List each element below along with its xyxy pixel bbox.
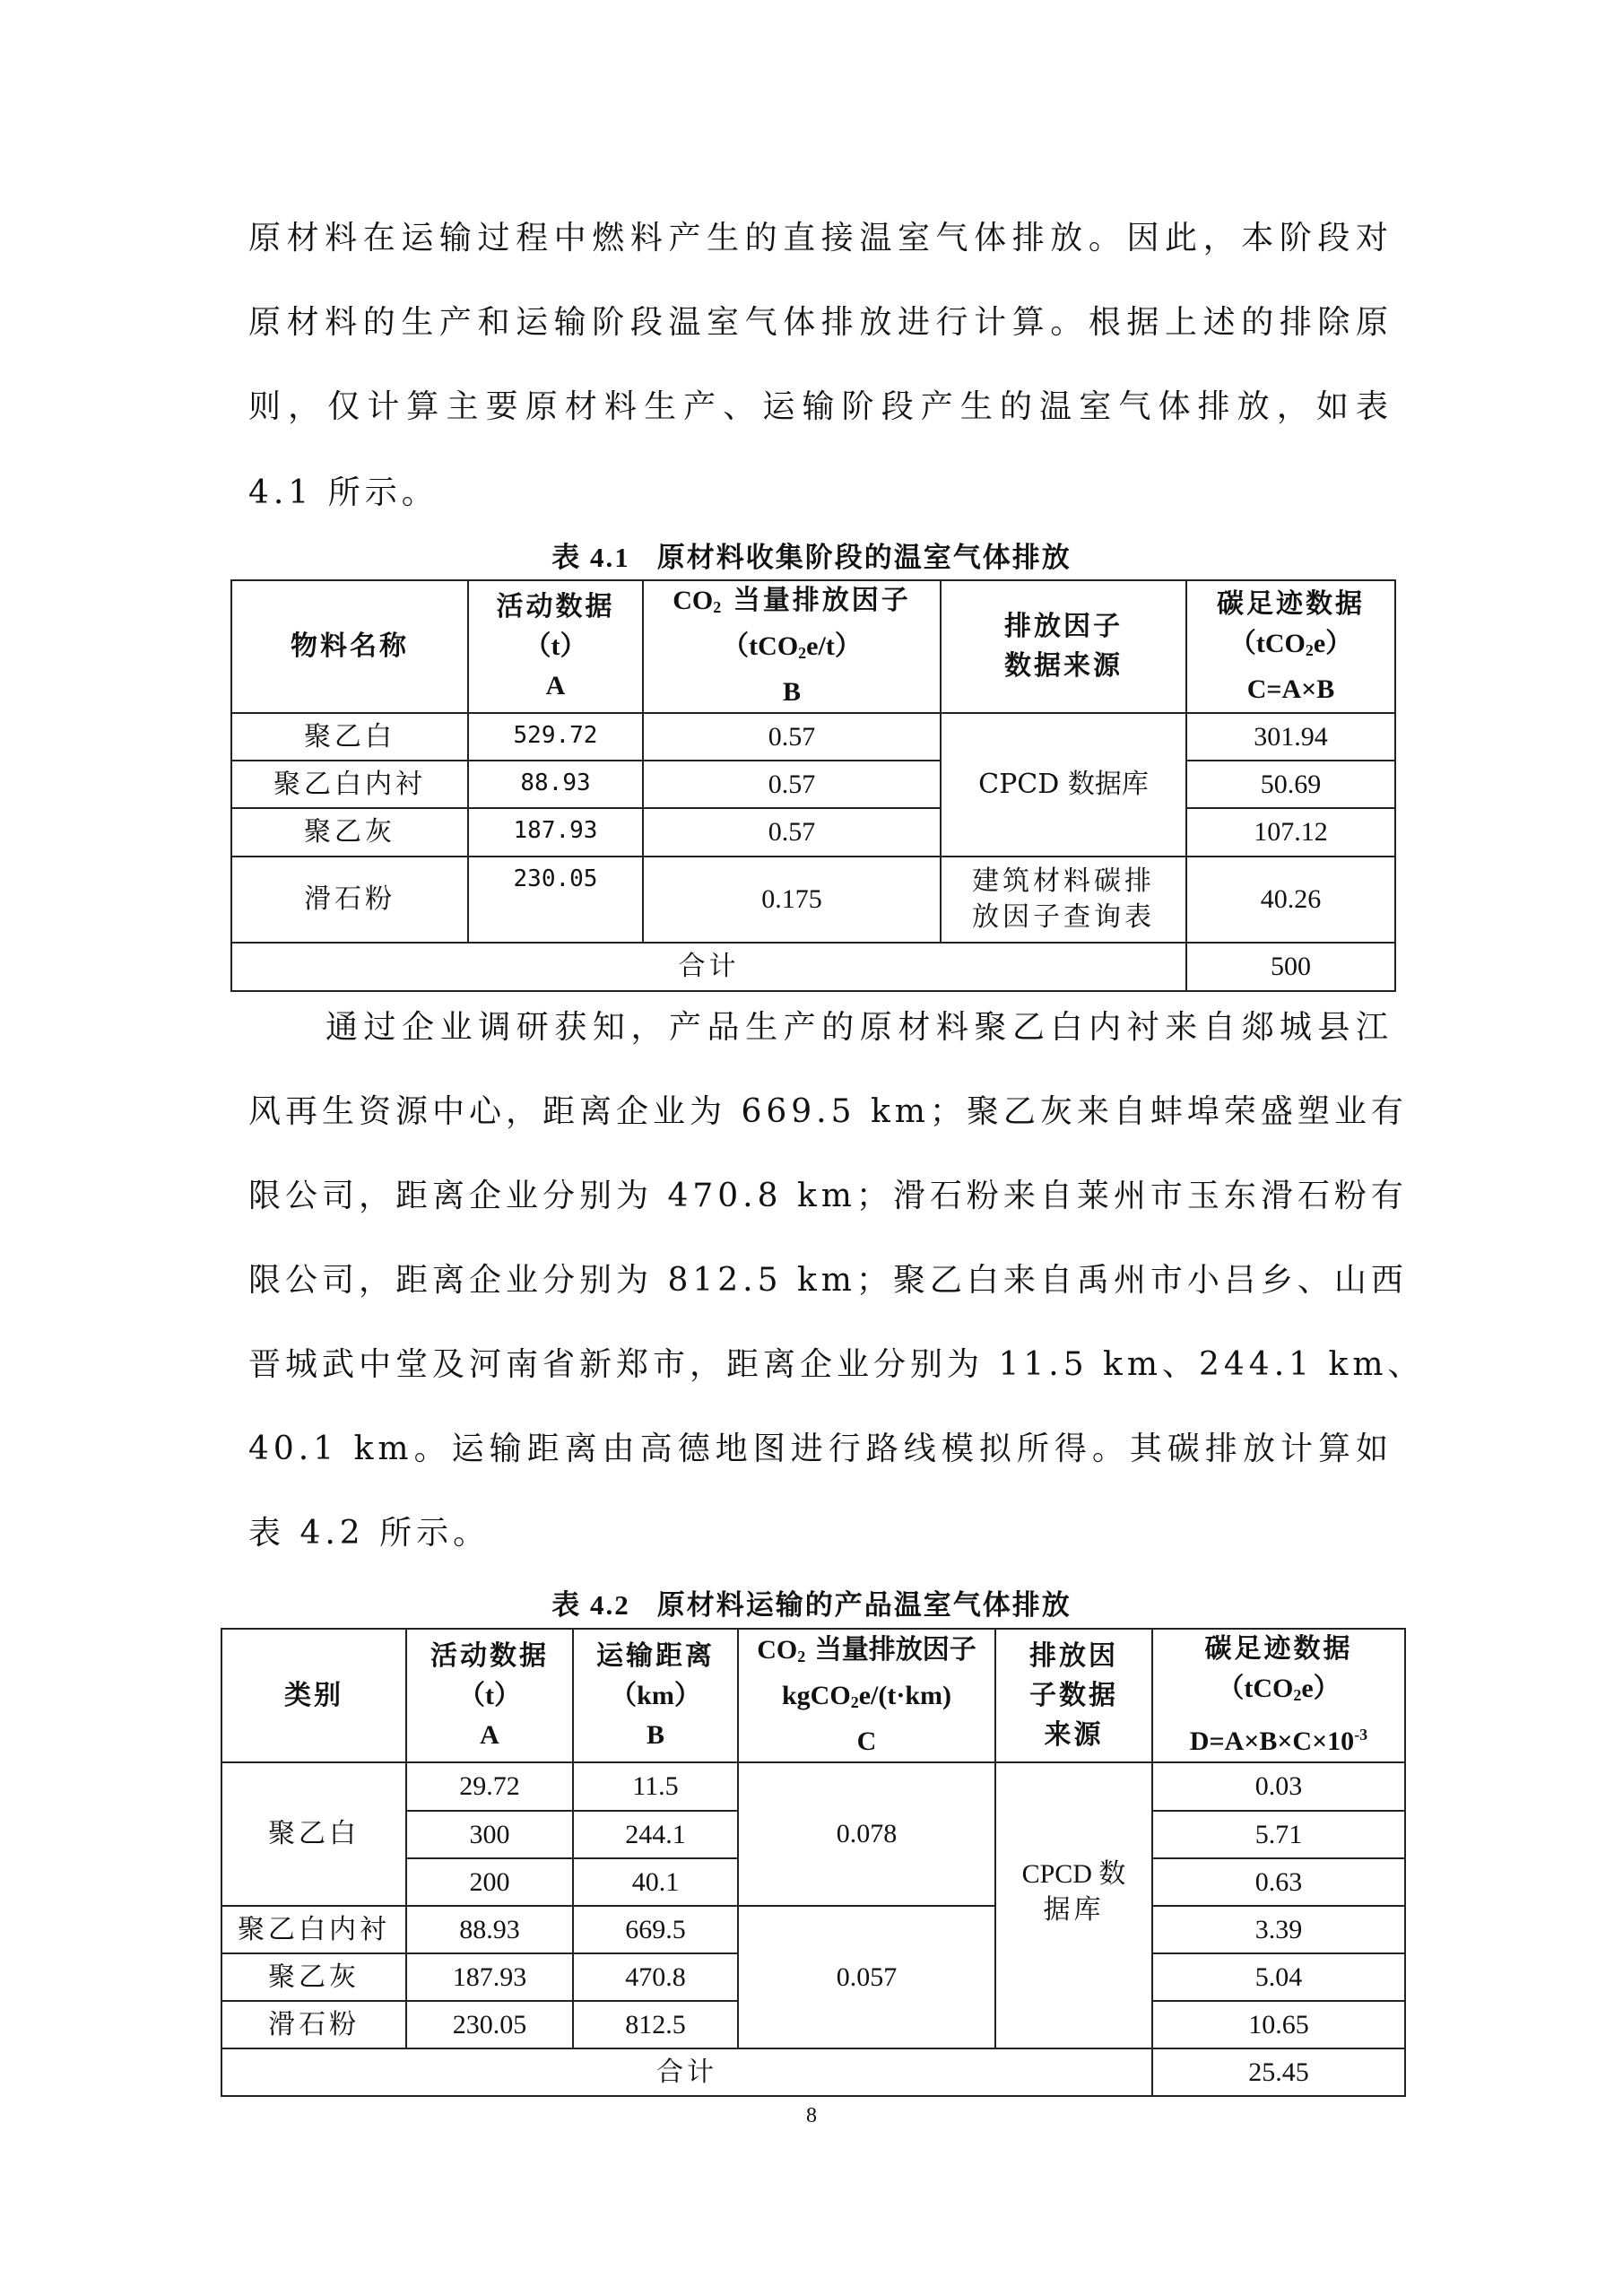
- cell-footprint: 0.63: [1152, 1858, 1405, 1906]
- table-row: 滑石粉 230.05 0.175 建筑材料碳排 放因子查询表 40.26: [231, 857, 1395, 943]
- cell-material: 聚乙白内衬: [231, 761, 468, 808]
- caption-number: 表 4.2: [551, 1589, 630, 1621]
- table-total-row: 合计 25.45: [221, 2048, 1405, 2096]
- page-number: 8: [0, 2104, 1623, 2128]
- table-4-2-caption: 表 4.2原材料运输的产品温室气体排放: [0, 1589, 1623, 1622]
- table-4-1-caption: 表 4.1原材料收集阶段的温室气体排放: [0, 542, 1623, 574]
- paragraph-line: 4.1 所示。: [248, 474, 1393, 513]
- paragraph-line: 通过企业调研获知，产品生产的原材料聚乙白内衬来自郯城县江: [325, 1008, 1393, 1048]
- cell-total-value: 500: [1186, 943, 1395, 991]
- table-4-2: 类别 活动数据 （t） A 运输距离 （km） B CO2 当量排放因子 kgC…: [221, 1628, 1406, 2097]
- cell-footprint: 0.03: [1152, 1762, 1405, 1811]
- header-factor-source: 排放因子 数据来源: [941, 580, 1186, 713]
- cell-distance: 470.8: [573, 1953, 738, 2001]
- cell-total-label: 合计: [231, 943, 1186, 991]
- header-emission-factor: CO2 当量排放因子 kgCO2e/(t·km) C: [738, 1629, 995, 1762]
- cell-factor-group-2: 0.057: [738, 1906, 995, 2048]
- cell-activity: 529.72: [468, 713, 643, 761]
- paragraph-line: 晋城武中堂及河南省新郑市，距离企业分别为 11.5 km、244.1 km、: [248, 1345, 1393, 1385]
- cell-activity: 230.05: [406, 2001, 573, 2048]
- cell-factor: 0.57: [643, 713, 941, 761]
- header-carbon-footprint: 碳足迹数据 （tCO2e） D=A×B×C×10-3: [1152, 1629, 1405, 1762]
- paragraph-line: 40.1 km。运输距离由高德地图进行路线模拟所得。其碳排放计算如: [248, 1430, 1393, 1469]
- cell-footprint: 5.71: [1152, 1811, 1405, 1858]
- cell-total-label: 合计: [221, 2048, 1152, 2096]
- caption-title: 原材料收集阶段的温室气体排放: [657, 542, 1072, 574]
- cell-material: 聚乙灰: [231, 808, 468, 857]
- paragraph-line: 则，仅计算主要原材料生产、运输阶段产生的温室气体排放，如表: [248, 387, 1393, 427]
- cell-source-cpcd: CPCD 数 据库: [995, 1762, 1152, 2048]
- paragraph-line: 限公司，距离企业分别为 470.8 km；滑石粉来自莱州市玉东滑石粉有: [248, 1177, 1393, 1216]
- cell-material: 滑石粉: [231, 857, 468, 943]
- cell-factor: 0.175: [643, 857, 941, 943]
- cell-distance: 244.1: [573, 1811, 738, 1858]
- table-header-row: 物料名称 活动数据 （t） A CO2 当量排放因子 （tCO2e/t） B 排…: [231, 580, 1395, 713]
- cell-distance: 812.5: [573, 2001, 738, 2048]
- table-row: 聚乙白内衬 88.93 0.57 50.69: [231, 761, 1395, 808]
- table-row: 聚乙白 529.72 0.57 CPCD 数据库 301.94: [231, 713, 1395, 761]
- cell-category-group: 聚乙白: [221, 1762, 406, 1906]
- cell-activity: 187.93: [406, 1953, 573, 2001]
- cell-material: 聚乙白: [231, 713, 468, 761]
- header-category: 类别: [221, 1629, 406, 1762]
- cell-activity: 29.72: [406, 1762, 573, 1811]
- header-activity: 活动数据 （t） A: [468, 580, 643, 713]
- header-distance: 运输距离 （km） B: [573, 1629, 738, 1762]
- cell-footprint: 107.12: [1186, 808, 1395, 857]
- header-emission-factor: CO2 当量排放因子 （tCO2e/t） B: [643, 580, 941, 713]
- table-total-row: 合计 500: [231, 943, 1395, 991]
- cell-category: 聚乙白内衬: [221, 1906, 406, 1953]
- cell-activity: 300: [406, 1811, 573, 1858]
- cell-category: 聚乙灰: [221, 1953, 406, 2001]
- cell-activity: 230.05: [468, 857, 643, 943]
- paragraph-line: 原材料的生产和运输阶段温室气体排放进行计算。根据上述的排除原: [248, 303, 1393, 343]
- header-factor-source: 排放因 子数据 来源: [995, 1629, 1152, 1762]
- cell-factor-group-1: 0.078: [738, 1762, 995, 1906]
- paragraph-line: 原材料在运输过程中燃料产生的直接温室气体排放。因此，本阶段对: [248, 219, 1393, 258]
- cell-factor: 0.57: [643, 808, 941, 857]
- cell-distance: 669.5: [573, 1906, 738, 1953]
- cell-distance: 11.5: [573, 1762, 738, 1811]
- cell-footprint: 3.39: [1152, 1906, 1405, 1953]
- cell-category: 滑石粉: [221, 2001, 406, 2048]
- paragraph-line: 限公司，距离企业分别为 812.5 km；聚乙白来自禹州市小吕乡、山西: [248, 1261, 1393, 1300]
- cell-footprint: 301.94: [1186, 713, 1395, 761]
- cell-distance: 40.1: [573, 1858, 738, 1906]
- cell-footprint: 50.69: [1186, 761, 1395, 808]
- cell-footprint: 5.04: [1152, 1953, 1405, 2001]
- cell-source-building: 建筑材料碳排 放因子查询表: [941, 857, 1186, 943]
- cell-source-cpcd: CPCD 数据库: [941, 713, 1186, 857]
- paragraph-line: 风再生资源中心，距离企业为 669.5 km；聚乙灰来自蚌埠荣盛塑业有: [248, 1092, 1393, 1132]
- cell-footprint: 40.26: [1186, 857, 1395, 943]
- caption-number: 表 4.1: [551, 542, 630, 573]
- cell-activity: 88.93: [468, 761, 643, 808]
- cell-footprint: 10.65: [1152, 2001, 1405, 2048]
- table-header-row: 类别 活动数据 （t） A 运输距离 （km） B CO2 当量排放因子 kgC…: [221, 1629, 1405, 1762]
- table-row: 聚乙白 29.72 11.5 0.078 CPCD 数 据库 0.03: [221, 1762, 1405, 1811]
- cell-total-value: 25.45: [1152, 2048, 1405, 2096]
- paragraph-line: 表 4.2 所示。: [248, 1514, 1393, 1553]
- cell-factor: 0.57: [643, 761, 941, 808]
- table-4-1: 物料名称 活动数据 （t） A CO2 当量排放因子 （tCO2e/t） B 排…: [230, 579, 1396, 992]
- table-row: 聚乙白内衬 88.93 669.5 0.057 3.39: [221, 1906, 1405, 1953]
- cell-activity: 200: [406, 1858, 573, 1906]
- table-row: 聚乙灰 187.93 0.57 107.12: [231, 808, 1395, 857]
- header-carbon-footprint: 碳足迹数据 （tCO2e） C=A×B: [1186, 580, 1395, 713]
- cell-activity: 187.93: [468, 808, 643, 857]
- cell-activity: 88.93: [406, 1906, 573, 1953]
- header-material: 物料名称: [231, 580, 468, 713]
- caption-title: 原材料运输的产品温室气体排放: [657, 1589, 1072, 1622]
- header-activity: 活动数据 （t） A: [406, 1629, 573, 1762]
